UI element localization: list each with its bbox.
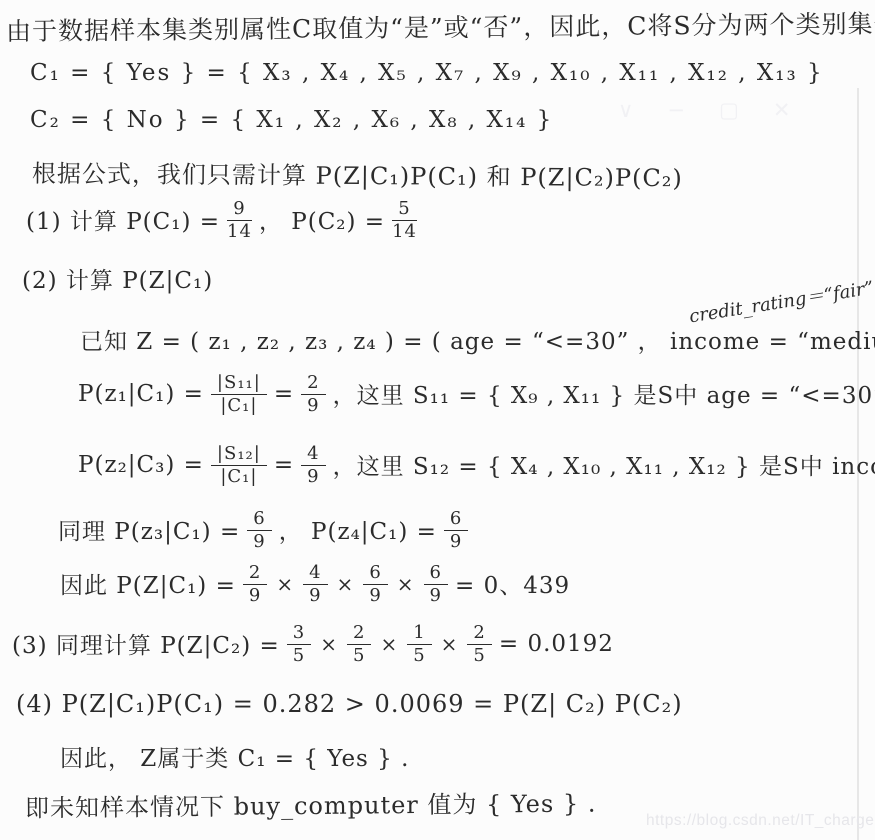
- fraction-denominator: 5: [473, 645, 485, 666]
- fraction-pc2: 5 14: [392, 199, 417, 242]
- times-sign: ×: [320, 632, 338, 656]
- line-pz1: P(z₁|C₁) = |S₁₁| |C₁| = 2 9 ，这里 S₁₁ = { …: [78, 372, 875, 415]
- step1-mid: ， P(C₂) =: [259, 203, 385, 236]
- fraction-numerator: 2: [243, 563, 267, 585]
- watermark-url-text: https://blog.csdn.net/IT_charge: [646, 812, 874, 829]
- fraction-numerator: 5: [392, 199, 416, 221]
- pz2-tail: ，这里 S₁₂ = { X₄ , X₁₀ , X₁₁ , X₁₂ } 是S中 i…: [333, 448, 875, 481]
- belongs-text: 因此， Z属于类 C₁ = { Yes } .: [60, 740, 409, 773]
- fraction-4-9: 4 9: [303, 563, 327, 606]
- fraction-numerator: 6: [247, 509, 271, 531]
- line-step4: (4) P(Z|C₁)P(C₁) = 0.282 > 0.0069 = P(Z|…: [16, 690, 683, 718]
- conclusion-text: 即未知样本情况下 buy_computer 值为 { Yes } .: [25, 784, 597, 824]
- fraction-4-9: 4 9: [301, 444, 325, 487]
- similarly-pre: 同理 P(z₃|C₁) =: [58, 513, 240, 546]
- fraction-denominator: 9: [253, 531, 265, 552]
- fraction-3-5: 3 5: [287, 623, 311, 666]
- fraction-numerator: |S₁₁|: [211, 373, 267, 395]
- pz2-eq: =: [274, 452, 294, 478]
- step2-text: (2) 计算 P(Z|C₁): [22, 262, 213, 295]
- fraction-s11-c1: |S₁₁| |C₁|: [211, 373, 267, 416]
- fraction-denominator: 9: [430, 585, 442, 606]
- fraction-denominator: 14: [227, 221, 252, 242]
- maximize-icon: ▢: [719, 98, 739, 122]
- chevron-down-icon: ∨: [618, 98, 633, 122]
- pz1-eq: =: [274, 381, 294, 407]
- fraction-6-9: 6 9: [247, 509, 271, 552]
- intro-text: 由于数据样本集类别属性C取值为“是”或“否”，因此，C将S分为两个类别集合。: [6, 4, 875, 48]
- line-step2: (2) 计算 P(Z|C₁): [22, 262, 213, 295]
- fraction-pc1: 9 14: [227, 199, 252, 242]
- fraction-denominator: |C₁|: [220, 466, 257, 487]
- step3-pre: (3) 同理计算 P(Z|C₂) =: [12, 627, 280, 660]
- known-z-text: 已知 Z = ( z₁ , z₂ , z₃ , z₄ ) = ( age = “…: [80, 323, 875, 356]
- fraction-denominator: |C₁|: [220, 395, 257, 416]
- line-step3: (3) 同理计算 P(Z|C₂) = 3 5 × 2 5 × 1 5 × 2 5…: [12, 622, 614, 665]
- step3-result: = 0.0192: [499, 631, 614, 657]
- line-c2-set: C₂ = { No } = { X₁ , X₂ , X₆ , X₈ , X₁₄ …: [30, 107, 553, 133]
- line-formula: 根据公式，我们只需计算 P(Z|C₁)P(C₁) 和 P(Z|C₂)P(C₂): [32, 154, 683, 194]
- fraction-numerator: 3: [287, 623, 311, 645]
- fraction-denominator: 5: [413, 645, 425, 666]
- handwritten-notes-page: ∨ − ▢ ✕ 由于数据样本集类别属性C取值为“是”或“否”，因此，C将S分为两…: [0, 0, 875, 840]
- fraction-numerator: 2: [347, 623, 371, 645]
- fraction-numerator: 4: [301, 444, 325, 466]
- fraction-denominator: 14: [392, 221, 417, 242]
- line-therefore-pz: 因此 P(Z|C₁) = 2 9 × 4 9 × 6 9 × 6 9 = 0、4…: [60, 562, 570, 605]
- times-sign: ×: [337, 572, 355, 596]
- step4-text: (4) P(Z|C₁)P(C₁) = 0.282 > 0.0069 = P(Z|…: [16, 690, 683, 718]
- step1-pre: (1) 计算 P(C₁) =: [26, 203, 220, 236]
- fraction-numerator: 6: [424, 563, 448, 585]
- fraction-denominator: 5: [353, 645, 365, 666]
- line-conclusion: 即未知样本情况下 buy_computer 值为 { Yes } .: [25, 784, 597, 824]
- times-sign: ×: [380, 632, 398, 656]
- fraction-denominator: 9: [307, 395, 319, 416]
- times-sign: ×: [397, 572, 415, 596]
- line-c1-set: C₁ = { Yes } = { X₃ , X₄ , X₅ , X₇ , X₉ …: [30, 60, 824, 86]
- therefore-result: = 0、439: [455, 567, 570, 600]
- line-pz2: P(z₂|C₃) = |S₁₂| |C₁| = 4 9 ，这里 S₁₂ = { …: [78, 443, 875, 486]
- fraction-denominator: 9: [309, 585, 321, 606]
- ghost-window-controls: ∨ − ▢ ✕: [618, 98, 790, 122]
- pz2-pre: P(z₂|C₃) =: [78, 452, 204, 478]
- fraction-6-9: 6 9: [444, 509, 468, 552]
- fraction-numerator: |S₁₂|: [211, 444, 267, 466]
- fraction-denominator: 5: [293, 645, 305, 666]
- fraction-numerator: 2: [467, 623, 491, 645]
- fraction-s12-c1: |S₁₂| |C₁|: [211, 444, 267, 487]
- close-icon: ✕: [773, 98, 791, 122]
- line-belongs: 因此， Z属于类 C₁ = { Yes } .: [60, 740, 409, 773]
- pz1-pre: P(z₁|C₁) =: [78, 381, 204, 407]
- fraction-6-9: 6 9: [424, 563, 448, 606]
- c1-set-text: C₁ = { Yes } = { X₃ , X₄ , X₅ , X₇ , X₉ …: [30, 60, 824, 86]
- similarly-mid: ， P(z₄|C₁) =: [279, 513, 437, 546]
- fraction-numerator: 2: [301, 373, 325, 395]
- fraction-1-5: 1 5: [407, 623, 431, 666]
- minimize-icon: −: [667, 98, 685, 122]
- csdn-watermark: https://blog.csdn.net/IT_charge: [646, 812, 874, 830]
- fraction-numerator: 6: [444, 509, 468, 531]
- line-intro: 由于数据样本集类别属性C取值为“是”或“否”，因此，C将S分为两个类别集合。: [6, 4, 875, 48]
- times-sign: ×: [441, 632, 459, 656]
- fraction-2-9: 2 9: [301, 373, 325, 416]
- therefore-pre: 因此 P(Z|C₁) =: [60, 567, 236, 600]
- times-sign: ×: [276, 572, 294, 596]
- fraction-denominator: 9: [249, 585, 261, 606]
- fraction-numerator: 6: [363, 563, 387, 585]
- formula-text: 根据公式，我们只需计算 P(Z|C₁)P(C₁) 和 P(Z|C₂)P(C₂): [32, 154, 683, 194]
- line-known-z: 已知 Z = ( z₁ , z₂ , z₃ , z₄ ) = ( age = “…: [80, 318, 875, 360]
- fraction-6-9: 6 9: [363, 563, 387, 606]
- fraction-2-9: 2 9: [243, 563, 267, 606]
- fraction-denominator: 9: [450, 531, 462, 552]
- fraction-numerator: 9: [227, 199, 251, 221]
- fraction-numerator: 4: [303, 563, 327, 585]
- fraction-denominator: 9: [369, 585, 381, 606]
- fraction-2-5: 2 5: [467, 623, 491, 666]
- fraction-denominator: 9: [307, 466, 319, 487]
- fraction-2-5: 2 5: [347, 623, 371, 666]
- c2-set-text: C₂ = { No } = { X₁ , X₂ , X₆ , X₈ , X₁₄ …: [30, 107, 553, 133]
- line-step1: (1) 计算 P(C₁) = 9 14 ， P(C₂) = 5 14: [26, 198, 424, 241]
- line-similarly: 同理 P(z₃|C₁) = 6 9 ， P(z₄|C₁) = 6 9: [58, 508, 475, 551]
- pz1-tail: ，这里 S₁₁ = { X₉ , X₁₁ } 是S中 age = “<=30” …: [333, 377, 875, 410]
- fraction-numerator: 1: [407, 623, 431, 645]
